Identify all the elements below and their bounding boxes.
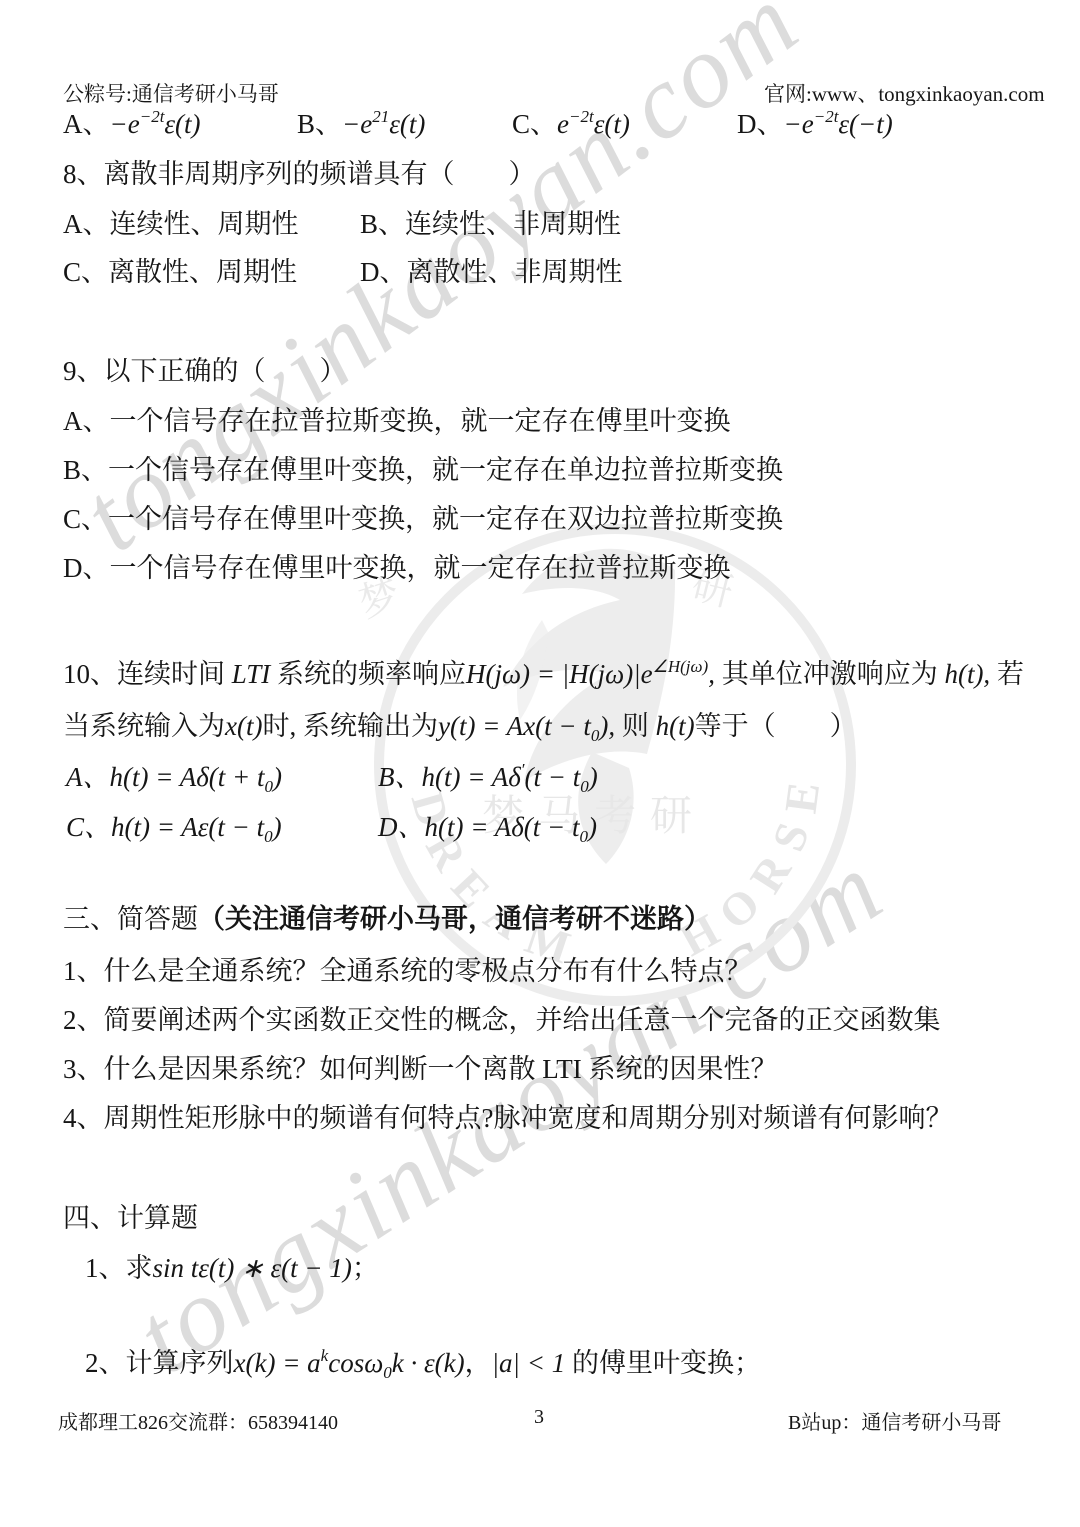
text-segment: 则 [622,711,656,741]
text-segment: x(t) [225,711,262,741]
text-segment: h(t) [656,711,695,741]
text-segment: D、 [737,109,784,139]
text-segment: 0 [580,777,589,796]
text-line: 2、计算序列x(k) = akcosω0k · ε(k)，|a| < 1 的傅里… [85,1347,761,1381]
text-segment: −2t [569,107,594,126]
text-segment: x(k) = a [234,1348,321,1378]
text-segment: ∠H(jω) [653,657,709,676]
text-segment: B、h(t) = Aδ [378,762,521,792]
text-segment: B、连续性、非周期性 [360,209,621,239]
text-segment: −e [784,109,814,139]
text-line: 三、简答题（关注通信考研小马哥，通信考研不迷路） [63,903,711,937]
text-line: B、一个信号存在傅里叶变换，就一定存在单边拉普拉斯变换 [63,454,783,488]
text-segment: (t − t [524,762,580,792]
text-segment: , [708,659,722,689]
text-segment: C、 [512,109,557,139]
text-segment: C、离散性、周期性 [63,257,297,287]
text-segment: 其单位冲激响应为 [722,659,945,689]
text-line: D、h(t) = Aδ(t − t0) [378,811,597,845]
text-segment: A、h(t) = Aδ(t + t [66,762,264,792]
text-segment: 1、什么是全通系统？全通系统的零极点分布有什么特点？ [63,956,752,986]
text-segment: h(t), [944,659,996,689]
text-segment: C、h(t) = Aε(t − t [66,812,264,842]
text-segment: 0 [383,1363,392,1382]
text-line: 9、以下正确的（ ） [63,355,347,389]
text-segment: ε(−t) [838,109,892,139]
text-segment: 0 [591,726,600,745]
text-segment: sin tε(t) ∗ ε(t − 1) [153,1253,352,1283]
text-segment: ， [465,1348,492,1378]
text-segment: 系统的频率响应 [277,659,466,689]
text-line: 四、计算题 [63,1202,198,1236]
content-layer: 公粽号:通信考研小马哥 官网:www、tongxinkaoyan.com A、−… [0,0,1080,1527]
text-segment: ) [273,812,282,842]
text-line: A、连续性、周期性 [63,208,299,242]
footer-page-number: 3 [534,1406,544,1429]
text-segment: −2t [814,107,839,126]
header-right-website: 官网:www、tongxinkaoyan.com [764,78,1045,108]
text-segment: −e [342,109,372,139]
text-segment: 0 [579,827,588,846]
text-line: C、离散性、周期性 [63,256,297,290]
text-segment: ε(t) [594,109,630,139]
text-segment: 8、离散非周期序列的频谱具有（ ） [63,159,536,189]
text-segment: ε(t) [389,109,425,139]
text-segment: A、连续性、周期性 [63,209,299,239]
text-line: B、连续性、非周期性 [360,208,621,242]
text-line: 1、求sin tε(t) ∗ ε(t − 1)； [85,1252,379,1286]
text-segment: H(jω) = |H(jω)|e [466,659,653,689]
text-line: D、−e−2tε(−t) [737,108,893,142]
text-line: 3、什么是因果系统？如何判断一个离散 LTI 系统的因果性？ [63,1053,778,1087]
text-segment: e [557,109,569,139]
text-line: D、一个信号存在傅里叶变换，就一定存在拉普拉斯变换 [63,552,731,586]
text-segment: ), [599,711,622,741]
text-segment: 若 [997,659,1024,689]
text-segment: ； [352,1253,379,1283]
text-segment: 9、以下正确的（ ） [63,356,347,386]
text-segment: ) [589,762,598,792]
text-segment: 2、计算序列 [85,1348,234,1378]
text-segment: 等于（ ） [695,711,857,741]
text-segment: （关注通信考研小马哥，通信考研不迷路） [198,904,711,934]
text-segment: A、一个信号存在拉普拉斯变换，就一定存在傅里叶变换 [63,406,731,436]
text-segment: 3、什么是因果系统？如何判断一个离散 LTI 系统的因果性？ [63,1054,778,1084]
text-segment: 1、求 [85,1253,153,1283]
text-segment: B、一个信号存在傅里叶变换，就一定存在单边拉普拉斯变换 [63,455,783,485]
text-line: 8、离散非周期序列的频谱具有（ ） [63,158,536,192]
text-line: 2、简要阐述两个实函数正交性的概念，并给出任意一个完备的正交函数集 [63,1004,941,1038]
text-segment: y(t) = Ax(t − t [438,711,591,741]
text-segment: 10、连续时间 [63,659,232,689]
text-segment: B、 [297,109,342,139]
text-line: A、−e−2tε(t) [63,108,201,142]
text-segment: 2、简要阐述两个实函数正交性的概念，并给出任意一个完备的正交函数集 [63,1005,941,1035]
text-segment: |a| < 1 [492,1348,566,1378]
text-segment: −e [110,109,140,139]
text-segment: cosω [328,1348,383,1378]
text-line: B、h(t) = Aδ′(t − t0) [378,761,598,795]
text-line: C、一个信号存在傅里叶变换，就一定存在双边拉普拉斯变换 [63,503,783,537]
text-segment: ′ [521,760,525,779]
text-segment: k · ε(k) [392,1348,465,1378]
text-segment: 0 [264,827,273,846]
text-segment: k [321,1346,329,1365]
text-line: D、离散性、非周期性 [360,256,623,290]
text-line: C、h(t) = Aε(t − t0) [66,811,282,845]
text-segment: A、 [63,109,110,139]
text-segment: 0 [264,777,273,796]
text-segment: 时, 系统输出为 [262,711,438,741]
text-segment: 三、简答题 [63,904,198,934]
text-line: 4、周期性矩形脉中的频谱有何特点?脉冲宽度和周期分别对频谱有何影响？ [63,1102,952,1136]
exam-paper-page: tongxinkaoyan.com tongxinkaoyan.com DREA… [0,0,1080,1527]
text-line: 当系统输入为x(t)时, 系统输出为y(t) = Ax(t − t0), 则 h… [63,710,857,744]
text-line: C、e−2tε(t) [512,108,630,142]
text-segment: −2t [140,107,165,126]
text-segment: LTI [232,659,277,689]
text-segment: ) [273,762,282,792]
text-line: A、h(t) = Aδ(t + t0) [66,761,282,795]
text-segment: C、一个信号存在傅里叶变换，就一定存在双边拉普拉斯变换 [63,504,783,534]
text-segment: ε(t) [164,109,200,139]
text-segment: 四、计算题 [63,1203,198,1233]
text-segment: D、一个信号存在傅里叶变换，就一定存在拉普拉斯变换 [63,553,731,583]
header-left-account: 公粽号:通信考研小马哥 [63,78,279,108]
text-line: B、−e21ε(t) [297,108,425,142]
text-line: 1、什么是全通系统？全通系统的零极点分布有什么特点？ [63,955,752,989]
text-segment: D、h(t) = Aδ(t − t [378,812,579,842]
text-segment: 21 [372,107,389,126]
text-line: 10、连续时间 LTI 系统的频率响应H(jω) = |H(jω)|e∠H(jω… [63,658,1024,692]
footer-left-group: 成都理工826交流群：658394140 [58,1406,338,1435]
text-segment: ) [588,812,597,842]
text-segment: 4、周期性矩形脉中的频谱有何特点?脉冲宽度和周期分别对频谱有何影响？ [63,1103,952,1133]
text-segment: D、离散性、非周期性 [360,257,623,287]
footer-right-bilibili: B站up：通信考研小马哥 [788,1406,1001,1435]
text-segment: 当系统输入为 [63,711,225,741]
text-segment: 的傅里叶变换； [565,1348,761,1378]
text-line: A、一个信号存在拉普拉斯变换，就一定存在傅里叶变换 [63,405,731,439]
